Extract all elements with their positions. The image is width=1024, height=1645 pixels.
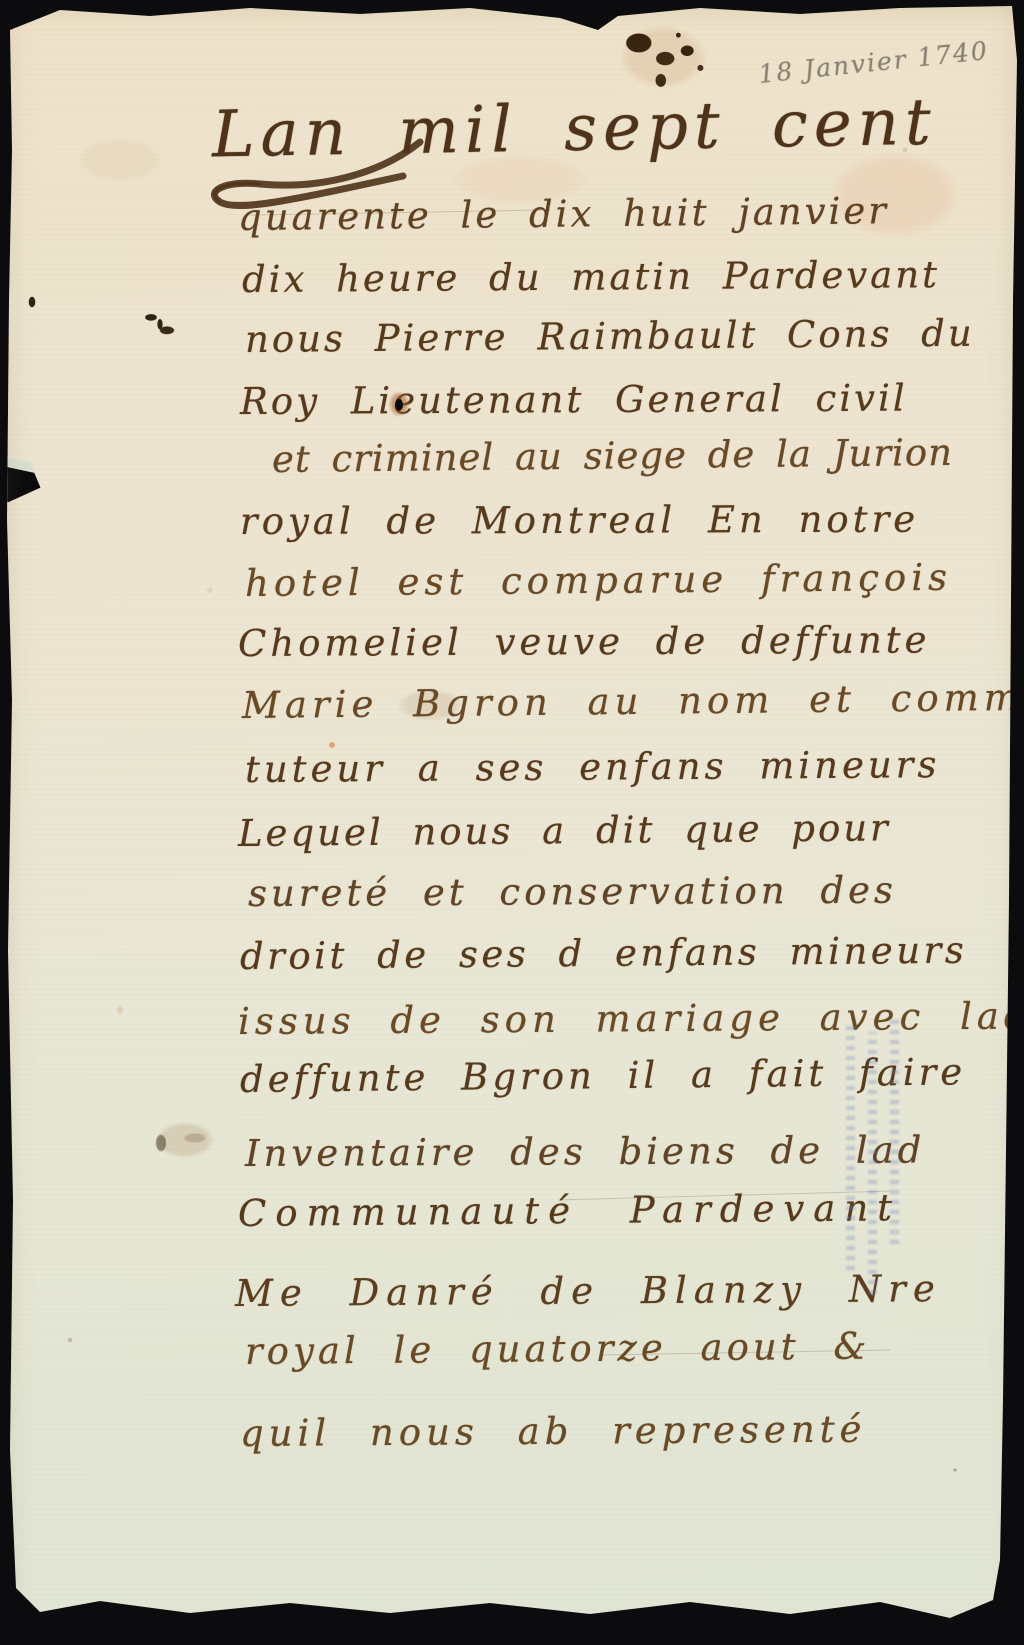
- ink-mark: [136, 306, 186, 344]
- pencil-date-annotation: 18 Janvier 1740: [757, 36, 990, 89]
- manuscript-line: Communauté Pardevant: [238, 1186, 901, 1235]
- scanned-document: 18 Janvier 1740 Lan mil sept cent quaren…: [0, 0, 1024, 1645]
- manuscript-line: hotel est comparue françois: [245, 556, 952, 605]
- manuscript-line: royal le quatorze aout &: [245, 1325, 871, 1373]
- manuscript-line: Roy Lieutenant General civil: [240, 377, 908, 423]
- archival-stamp: [844, 1018, 910, 1302]
- manuscript-line: quarente le dix huit janvier: [238, 189, 889, 239]
- ink-blot: [608, 18, 718, 96]
- manuscript-line: royal de Montreal En notre: [240, 498, 919, 543]
- manuscript-line: dix heure du matin Pardevant: [242, 253, 940, 301]
- manuscript-line: Marie Bgron au nom et comme: [242, 676, 1024, 727]
- ink-mark: [24, 292, 40, 312]
- paper-sheet: 18 Janvier 1740 Lan mil sept cent quaren…: [0, 0, 1024, 1645]
- manuscript-line: et criminel au siege de la Jurion: [272, 431, 953, 481]
- burn-hole: [382, 384, 416, 424]
- manuscript-line: sureté et conservation des: [248, 869, 897, 915]
- manuscript-line: nous Pierre Raimbault Cons du: [245, 312, 975, 361]
- manuscript-line: Inventaire des biens de lad: [245, 1128, 926, 1175]
- manuscript-line: quil nous ab representé: [240, 1408, 867, 1455]
- manuscript-line: Me Danré de Blanzy Nre: [235, 1267, 942, 1315]
- manuscript-line: Chomeliel veuve de deffunte: [238, 618, 931, 665]
- manuscript-line: tuteur a ses enfans mineurs: [245, 743, 941, 791]
- manuscript-line: droit de ses d enfans mineurs: [240, 929, 968, 978]
- manuscript-line: Lequel nous a dit que pour: [238, 806, 891, 855]
- ink-mark: [148, 1126, 174, 1160]
